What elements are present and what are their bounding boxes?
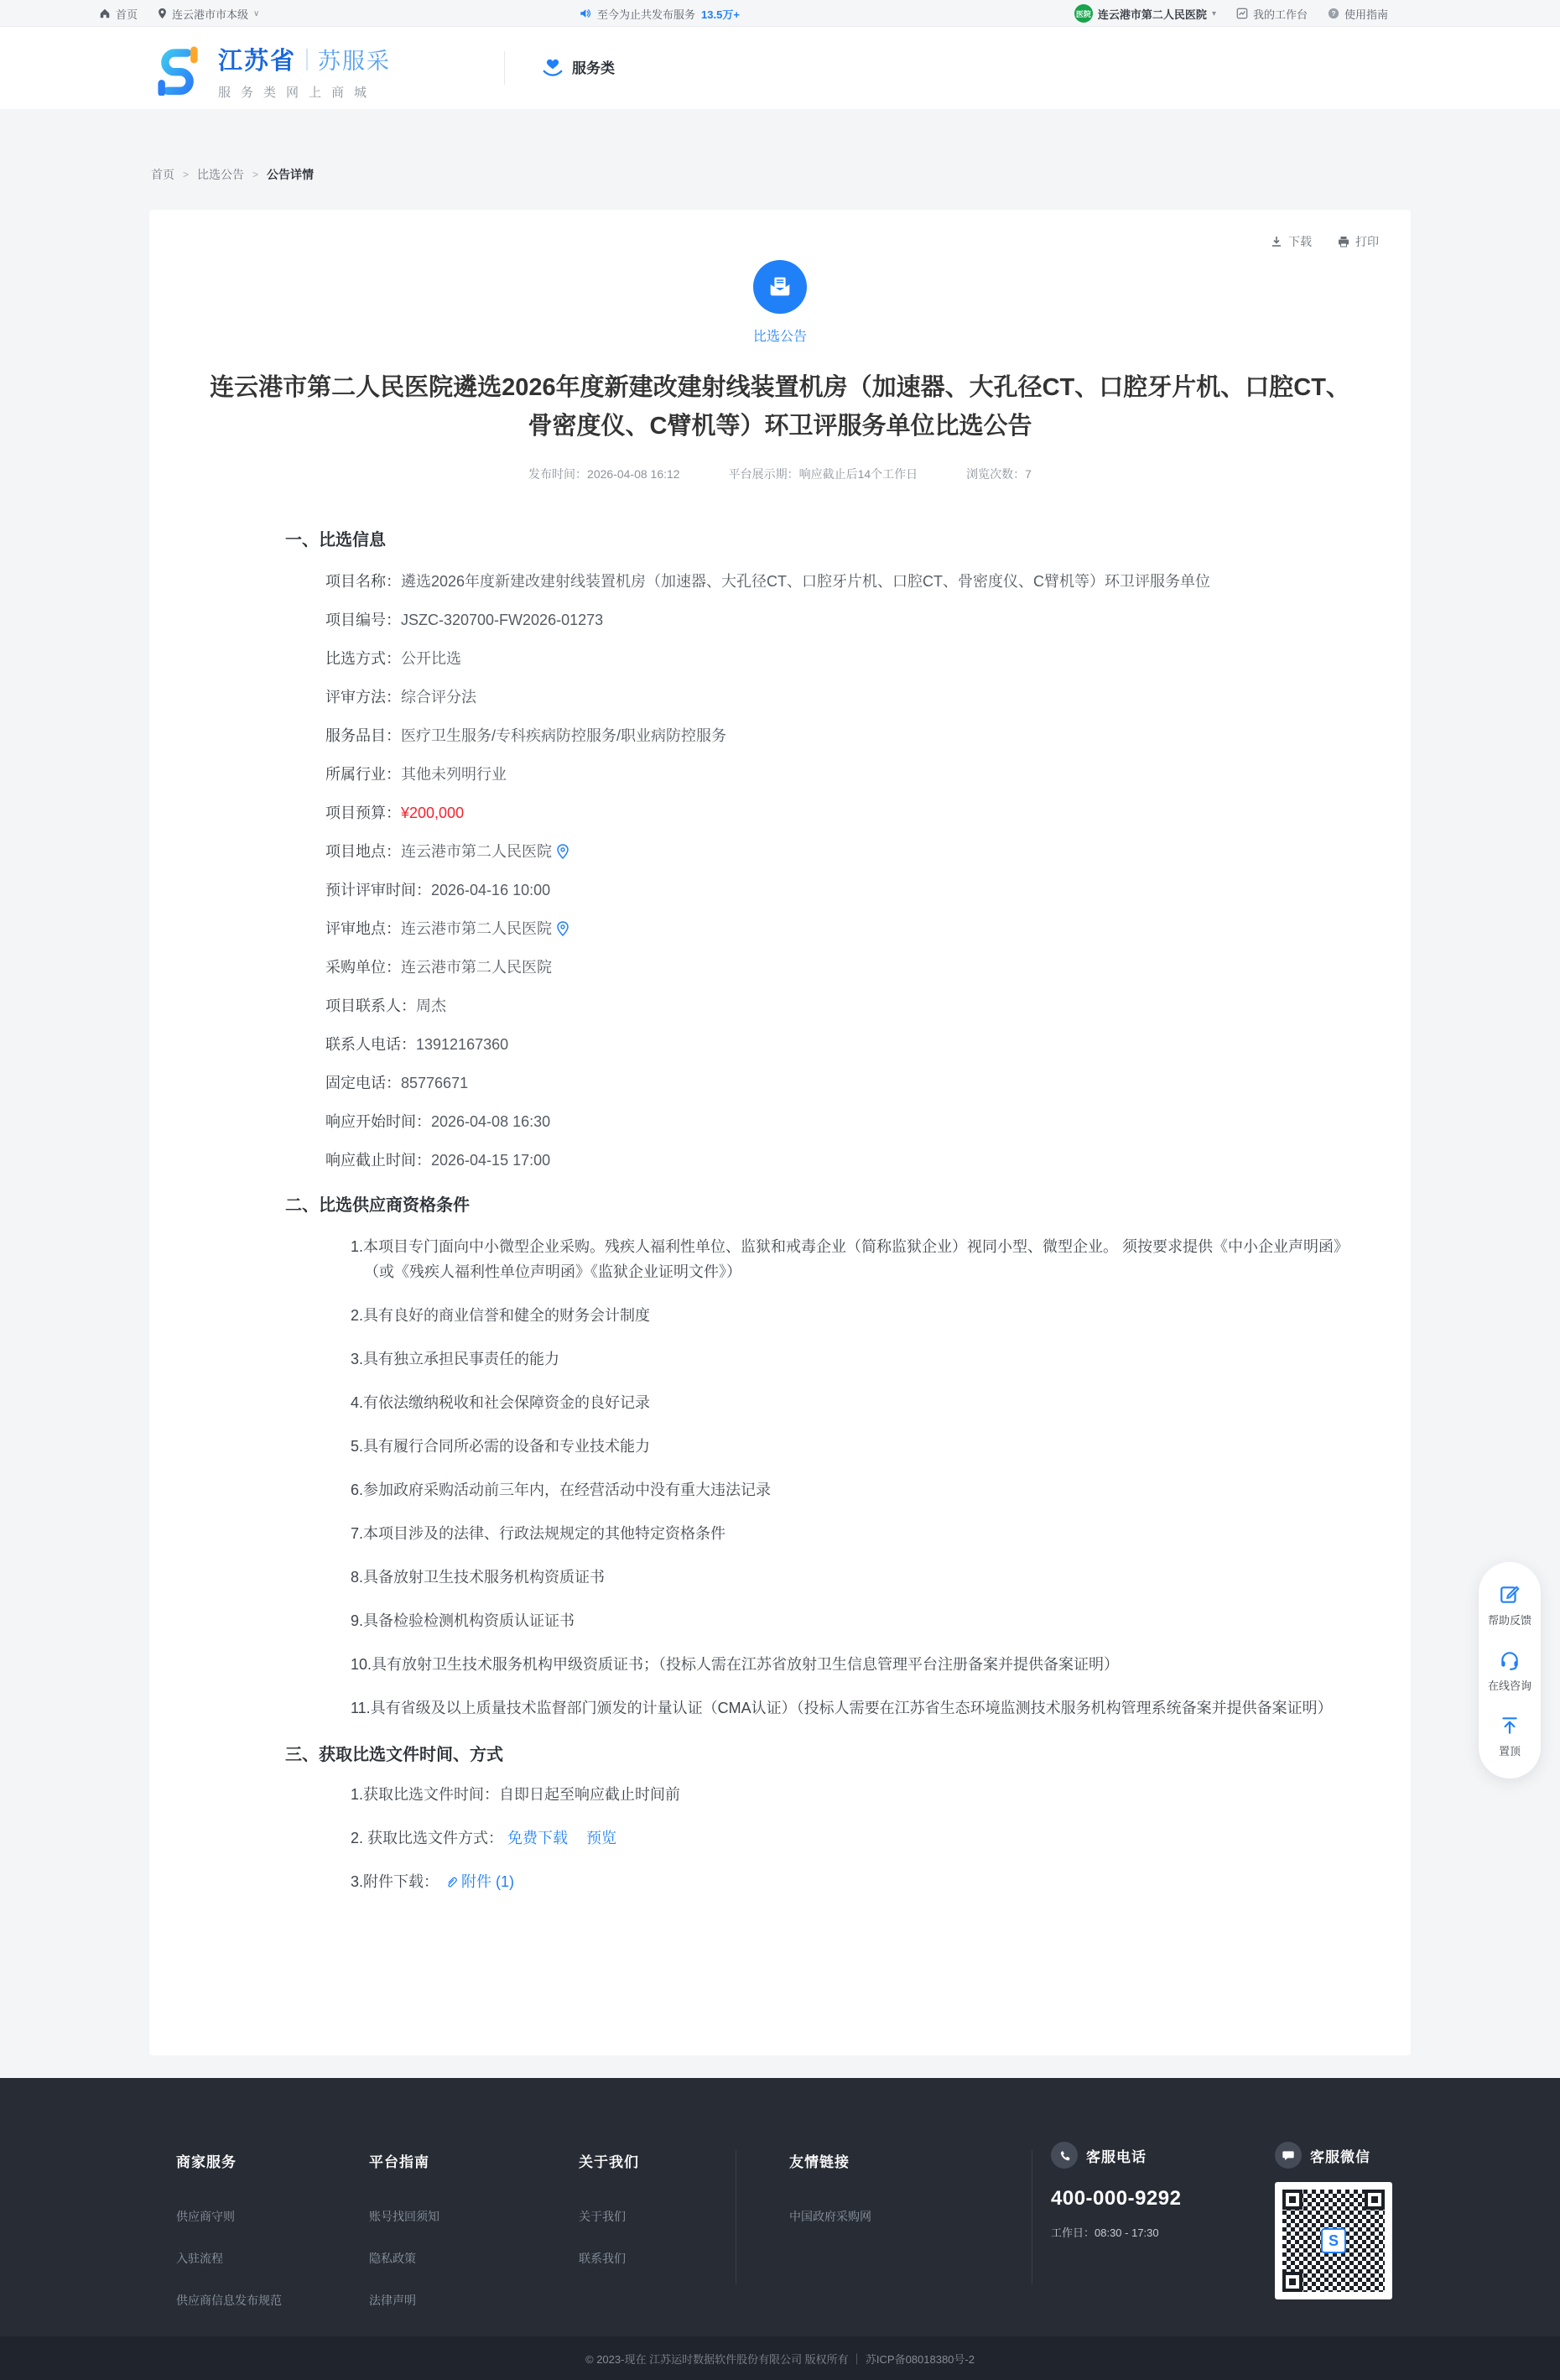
topbar-home[interactable]: 首页	[99, 6, 138, 22]
headset-icon	[1499, 1649, 1521, 1671]
requirement-item: 4.有依法缴纳税收和社会保障资金的良好记录	[364, 1390, 1344, 1415]
breadcrumb-separator: >	[183, 169, 189, 180]
breadcrumb-home[interactable]: 首页	[151, 166, 174, 183]
footer-link[interactable]: 供应商信息发布规范	[176, 2292, 282, 2309]
download-icon	[1270, 235, 1283, 248]
footer-hotline: 客服电话 400-000-9292 工作日：08:30 - 17:30	[1051, 2142, 1181, 2240]
attachment-link[interactable]: 附件 (1)	[461, 1873, 514, 1890]
brand-block: 江苏省 苏服采 服务类网上商城	[218, 42, 391, 101]
field-method: 比选方式：公开比选	[289, 646, 1352, 671]
topbar-workbench[interactable]: 我的工作台	[1236, 6, 1308, 22]
notice-title: 连云港市第二人民医院遴选2026年度新建改建射线装置机房（加速器、大孔径CT、口…	[203, 368, 1357, 445]
service-heart-icon	[541, 55, 564, 78]
field-response-start: 响应开始时间：2026-04-08 16:30	[289, 1109, 1352, 1134]
requirement-item: 9.具备检验检测机构资质认证证书	[364, 1608, 1344, 1633]
brand-separator	[306, 49, 308, 70]
footer-col-guide: 平台指南 账号找回须知 隐私政策 法律声明	[369, 2150, 439, 2334]
svg-text:?: ?	[1331, 9, 1335, 18]
doc-method-item: 2. 获取比选文件方式： 免费下载预览	[364, 1825, 1344, 1851]
field-response-deadline: 响应截止时间：2026-04-15 17:00	[289, 1148, 1352, 1173]
print-label: 打印	[1355, 233, 1379, 250]
notice-card: 下载 打印 比选公告 连云港市第二人民医院遴选2026年度新建改建射线装置机房（…	[149, 210, 1411, 2055]
field-industry: 所属行业：其他未列明行业	[289, 762, 1352, 787]
notice-meta: 发布时间：2026-04-08 16:12 平台展示期：响应截止后14个工作日 …	[149, 466, 1411, 482]
float-widget: 帮助反馈 在线咨询 置顶	[1479, 1562, 1541, 1778]
announcement-envelope-icon	[766, 273, 794, 301]
brand-tagline: 服务类网上商城	[218, 83, 391, 101]
footer-link[interactable]: 隐私政策	[369, 2250, 439, 2267]
footer-link[interactable]: 联系我们	[579, 2250, 639, 2267]
footer-divider	[736, 2150, 736, 2284]
chevron-down-icon: ∨	[253, 9, 259, 18]
topbar-stats: 至今为止共发布服务 13.5万+	[579, 0, 740, 27]
requirement-item: 11.具有省级及以上质量技术监督部门颁发的计量认证（CMA认证）（投标人需要在江…	[364, 1695, 1344, 1721]
view-count: 浏览次数：7	[966, 466, 1032, 482]
footer-divider	[1032, 2150, 1032, 2284]
section1-heading: 一、比选信息	[285, 526, 1411, 550]
section3-heading: 三、获取比选文件时间、方式	[285, 1741, 1411, 1765]
topbar-org-name: 连云港市第二人民医院	[1098, 6, 1207, 22]
online-consult-button[interactable]: 在线咨询	[1488, 1649, 1531, 1693]
header-divider	[504, 51, 505, 85]
requirement-item: 5.具有履行合同所必需的设备和专业技术能力	[364, 1434, 1344, 1459]
section2-items: 1.本项目专门面向中小微型企业采购。残疾人福利性单位、监狱和戒毒企业（简称监狱企…	[149, 1234, 1411, 1721]
site-header: 江苏省 苏服采 服务类网上商城 服务类	[0, 27, 1560, 109]
field-review-location: 评审地点：连云港市第二人民医院	[289, 916, 1352, 941]
requirement-item: 1.本项目专门面向中小微型企业采购。残疾人福利性单位、监狱和戒毒企业（简称监狱企…	[364, 1234, 1344, 1284]
section3-items: 1.获取比选文件时间：自即日起至响应截止时间前 2. 获取比选文件方式： 免费下…	[149, 1782, 1411, 1894]
print-button[interactable]: 打印	[1337, 233, 1379, 250]
field-project-no: 项目编号：JSZC-320700-FW2026-01273	[289, 607, 1352, 633]
print-icon	[1337, 235, 1350, 248]
home-icon	[99, 8, 111, 19]
requirement-item: 7.本项目涉及的法律、行政法规规定的其他特定资格条件	[364, 1521, 1344, 1546]
page: 首页 连云港市市本级 ∨ 至今为止共发布服务 13.5万+ 医院 连云港市第二人…	[0, 0, 1560, 2380]
publish-time: 发布时间：2026-04-08 16:12	[528, 466, 680, 482]
topbar-guide[interactable]: ? 使用指南	[1328, 6, 1388, 22]
field-landline: 固定电话：85776671	[289, 1070, 1352, 1096]
map-pin-icon[interactable]	[557, 921, 569, 936]
footer-col-about: 关于我们 关于我们 联系我们	[579, 2150, 639, 2292]
field-project-name: 项目名称：遴选2026年度新建改建射线装置机房（加速器、大孔径CT、口腔牙片机、…	[289, 569, 1352, 594]
topbar-guide-label: 使用指南	[1344, 6, 1388, 22]
footer-link[interactable]: 中国政府采购网	[789, 2208, 871, 2225]
field-service-category: 服务品目：医疗卫生服务/专科疾病防控服务/职业病防控服务	[289, 723, 1352, 748]
requirement-item: 8.具备放射卫生技术服务机构资质证书	[364, 1565, 1344, 1590]
breadcrumb: 首页 > 比选公告 > 公告详情	[151, 166, 314, 183]
qr-center-logo: S	[1321, 2228, 1346, 2253]
doc-time-item: 1.获取比选文件时间：自即日起至响应截止时间前	[364, 1782, 1344, 1807]
breadcrumb-separator: >	[252, 169, 258, 180]
workbench-icon	[1236, 8, 1248, 19]
paperclip-icon	[445, 1876, 458, 1888]
suservice-logo[interactable]	[151, 40, 205, 96]
section1-fields: 项目名称：遴选2026年度新建改建射线装置机房（加速器、大孔径CT、口腔牙片机、…	[149, 569, 1411, 1173]
brand-province: 江苏省	[218, 42, 296, 76]
question-icon: ?	[1328, 8, 1339, 19]
nav-service-tab[interactable]: 服务类	[541, 55, 615, 78]
topbar-org-menu[interactable]: 医院 连云港市第二人民医院 ▾	[1074, 4, 1216, 23]
footer: 商家服务 供应商守则 入驻流程 供应商信息发布规范 平台指南 账号找回须知 隐私…	[0, 2078, 1560, 2380]
footer-wechat: 客服微信 S	[1275, 2142, 1392, 2299]
download-label: 下载	[1288, 233, 1312, 250]
footer-col-merchant: 商家服务 供应商守则 入驻流程 供应商信息发布规范	[176, 2150, 282, 2334]
chevron-down-icon: ▾	[1212, 9, 1216, 18]
display-period: 平台展示期：响应截止后14个工作日	[729, 466, 918, 482]
hotline-hours: 工作日：08:30 - 17:30	[1051, 2224, 1181, 2240]
topbar-home-label: 首页	[116, 6, 138, 22]
footer-col-friend-links: 友情链接 中国政府采购网	[789, 2150, 871, 2250]
section2-heading: 二、比选供应商资格条件	[285, 1191, 1411, 1216]
field-budget: 项目预算：¥200,000	[289, 800, 1352, 825]
footer-link[interactable]: 关于我们	[579, 2208, 639, 2225]
chat-bubble-icon	[1282, 2148, 1295, 2162]
footer-link[interactable]: 入驻流程	[176, 2250, 282, 2267]
attachment-item: 3.附件下载：附件 (1)	[364, 1869, 1344, 1894]
location-pin-icon	[158, 8, 167, 19]
footer-link[interactable]: 供应商守则	[176, 2208, 282, 2225]
footer-link[interactable]: 账号找回须知	[369, 2208, 439, 2225]
feedback-form-icon	[1499, 1584, 1521, 1606]
field-project-location: 项目地点：连云港市第二人民医院	[289, 839, 1352, 864]
field-review-method: 评审方法：综合评分法	[289, 685, 1352, 710]
nav-service-label: 服务类	[572, 56, 615, 77]
footer-link[interactable]: 法律声明	[369, 2292, 439, 2309]
notice-type-label: 比选公告	[149, 325, 1411, 345]
topbar-region-label: 连云港市市本级	[172, 6, 248, 22]
requirement-item: 3.具有独立承担民事责任的能力	[364, 1346, 1344, 1372]
brand-name: 苏服采	[318, 43, 391, 76]
speaker-icon	[579, 8, 591, 19]
notice-type-badge: 比选公告	[149, 210, 1411, 345]
org-badge: 医院	[1074, 4, 1093, 23]
hotline-number: 400-000-9292	[1051, 2187, 1181, 2211]
topbar-stats-count: 13.5万+	[701, 6, 740, 22]
help-feedback-button[interactable]: 帮助反馈	[1488, 1584, 1531, 1627]
breadcrumb-list[interactable]: 比选公告	[197, 166, 244, 183]
back-to-top-button[interactable]: 置顶	[1499, 1715, 1521, 1758]
topbar-workbench-label: 我的工作台	[1253, 6, 1308, 22]
preview-link[interactable]: 预览	[586, 1830, 616, 1846]
arrow-up-icon	[1499, 1715, 1521, 1737]
field-contact-phone: 联系人电话：13912167360	[289, 1032, 1352, 1057]
wechat-qr-code: S	[1275, 2182, 1392, 2299]
free-download-link[interactable]: 免费下载	[507, 1830, 568, 1846]
requirement-item: 6.参加政府采购活动前三年内，在经营活动中没有重大违法记录	[364, 1477, 1344, 1502]
copyright-bar: © 2023-现在 江苏运时数据软件股份有限公司 版权所有 ｜ 苏ICP备080…	[0, 2336, 1560, 2380]
map-pin-icon[interactable]	[557, 844, 569, 859]
download-button[interactable]: 下载	[1270, 233, 1312, 250]
topbar-stats-prefix: 至今为止共发布服务	[597, 6, 695, 22]
breadcrumb-current: 公告详情	[267, 166, 314, 183]
topbar: 首页 连云港市市本级 ∨ 至今为止共发布服务 13.5万+ 医院 连云港市第二人…	[0, 0, 1560, 27]
field-purchaser: 采购单位：连云港市第二人民医院	[289, 955, 1352, 980]
field-contact: 项目联系人：周杰	[289, 993, 1352, 1018]
field-review-time: 预计评审时间：2026-04-16 10:00	[289, 878, 1352, 903]
requirement-item: 2.具有良好的商业信誉和健全的财务会计制度	[364, 1303, 1344, 1328]
phone-icon	[1058, 2148, 1071, 2162]
requirement-item: 10.具有放射卫生技术服务机构甲级资质证书；（投标人需在江苏省放射卫生信息管理平…	[364, 1652, 1344, 1677]
topbar-region-select[interactable]: 连云港市市本级 ∨	[158, 6, 259, 22]
